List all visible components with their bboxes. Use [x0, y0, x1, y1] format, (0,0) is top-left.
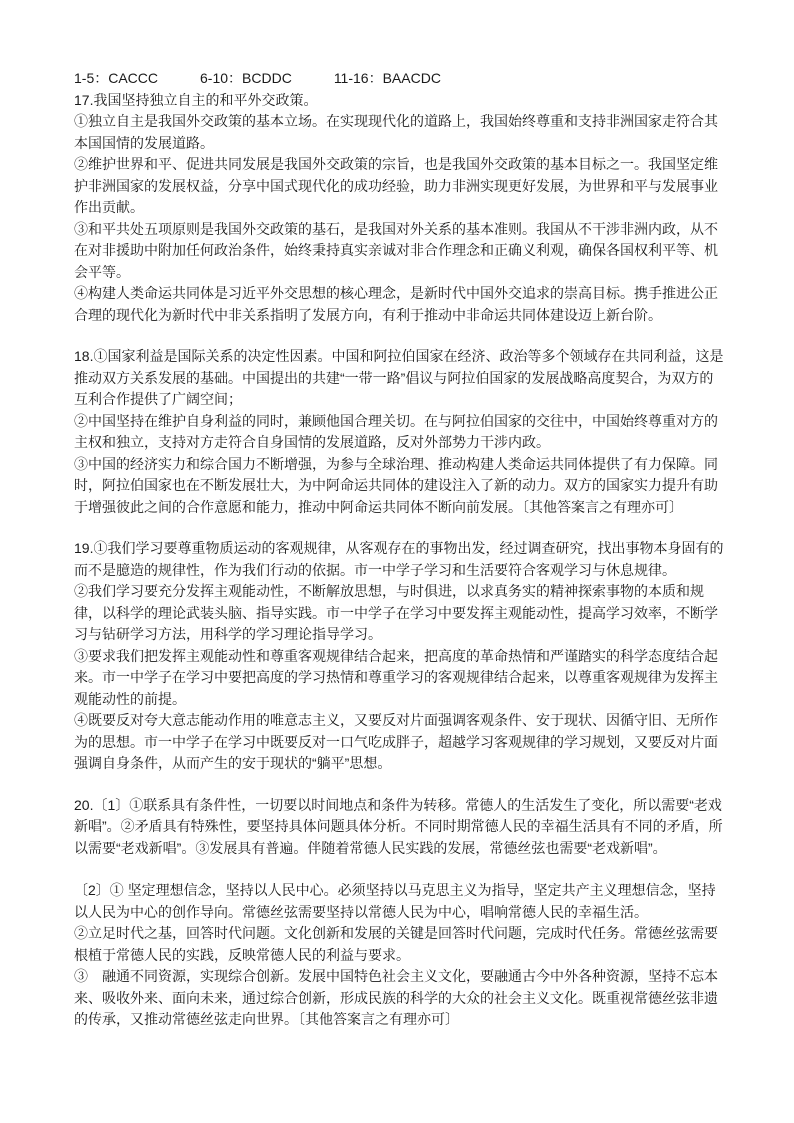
q20-part2-point-1: 〔2〕① 坚定理想信念，坚持以人民中心。必须坚持以马克思主义为指导，坚定共产主义…: [74, 880, 724, 923]
q19-point-2: ②我们学习要充分发挥主观能动性，不断解放思想，与时俱进，以求真务实的精神探索事物…: [74, 581, 724, 646]
q17-intro: 17.我国坚持独立自主的和平外交政策。: [74, 90, 724, 112]
q18-point-1: 18.①国家利益是国际关系的决定性因素。中国和阿拉伯国家在经济、政治等多个领域存…: [74, 346, 724, 411]
question-17: 17.我国坚持独立自主的和平外交政策。 ①独立自主是我国外交政策的基本立场。在实…: [74, 90, 724, 327]
q18-point-3: ③中国的经济实力和综合国力不断增强，为参与全球治理、推动构建人类命运共同体提供了…: [74, 454, 724, 519]
q19-point-3: ③要求我们把发挥主观能动性和尊重客观规律结合起来，把高度的革命热情和严谨踏实的科…: [74, 646, 724, 711]
question-19: 19.①我们学习要尊重物质运动的客观规律，从客观存在的事物出发，经过调查研究，找…: [74, 538, 724, 775]
q17-point-1: ①独立自主是我国外交政策的基本立场。在实现现代化的道路上，我国始终尊重和支持非洲…: [74, 111, 724, 154]
q17-point-4: ④构建人类命运共同体是习近平外交思想的核心理念，是新时代中国外交追求的崇高目标。…: [74, 283, 724, 326]
question-18: 18.①国家利益是国际关系的决定性因素。中国和阿拉伯国家在经济、政治等多个领域存…: [74, 346, 724, 518]
q17-point-2: ②维护世界和平、促进共同发展是我国外交政策的宗旨，也是我国外交政策的基本目标之一…: [74, 154, 724, 219]
q19-point-4: ④既要反对夸大意志能动作用的唯意志主义，又要反对片面强调客观条件、安于现状、因循…: [74, 710, 724, 775]
q20-part2-point-2: ②立足时代之基，回答时代问题。文化创新和发展的关键是回答时代问题，完成时代任务。…: [74, 923, 724, 966]
q20-part1: 20.〔1〕①联系具有条件性，一切要以时间地点和条件为转移。常德人的生活发生了变…: [74, 795, 724, 860]
question-20: 20.〔1〕①联系具有条件性，一切要以时间地点和条件为转移。常德人的生活发生了变…: [74, 795, 724, 1031]
q18-point-2: ②中国坚持在维护自身利益的同时，兼顾他国合理关切。在与阿拉伯国家的交往中，中国始…: [74, 411, 724, 454]
answer-key-line: 1-5：CACCC 6-10：BCDDC 11-16：BAACDC: [74, 68, 724, 90]
q20-part2: 〔2〕① 坚定理想信念，坚持以人民中心。必须坚持以马克思主义为指导，坚定共产主义…: [74, 880, 724, 1031]
document-page: 1-5：CACCC 6-10：BCDDC 11-16：BAACDC 17.我国坚…: [0, 0, 794, 1123]
q20-part2-point-3: ③ 融通不同资源，实现综合创新。发展中国特色社会主义文化，要融通古今中外各种资源…: [74, 966, 724, 1031]
q17-point-3: ③和平共处五项原则是我国外交政策的基石，是我国对外关系的基本准则。我国从不干涉非…: [74, 219, 724, 284]
q19-point-1: 19.①我们学习要尊重物质运动的客观规律，从客观存在的事物出发，经过调查研究，找…: [74, 538, 724, 581]
